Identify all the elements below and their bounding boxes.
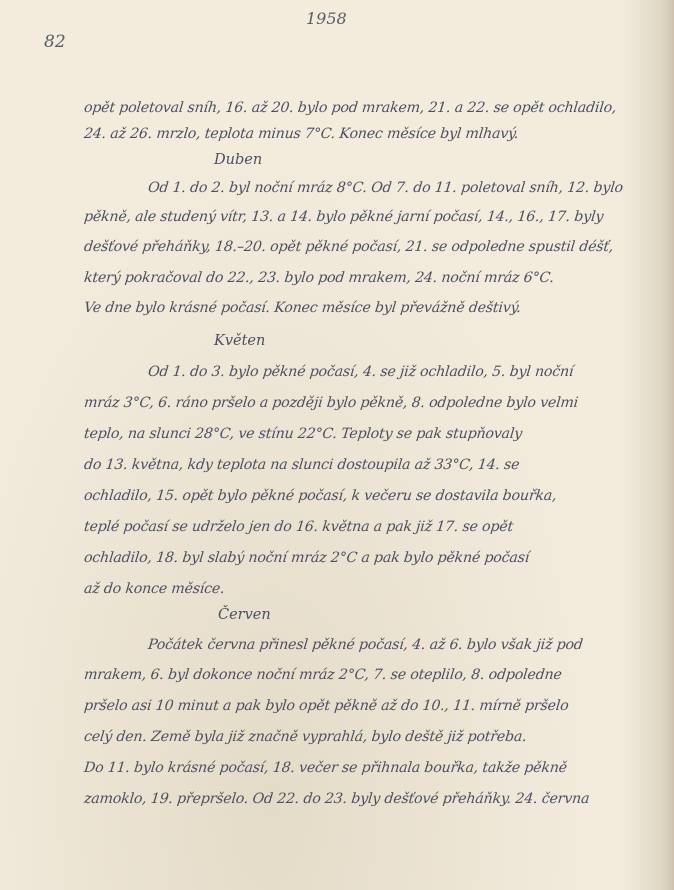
text-line: opět poletoval sníh, 16. až 20. bylo pod… (83, 100, 617, 116)
text-line: Počátek června přinesl pěkné počasí, 4. … (147, 637, 583, 653)
text-line: dešťové přeháňky, 18.–20. opět pěkné poč… (83, 239, 614, 255)
text-line: teplo, na slunci 28°C, ve stínu 22°C. Te… (83, 426, 523, 442)
text-line: do 13. května, kdy teplota na slunci dos… (83, 457, 520, 473)
text-line: 24. až 26. mrzlo, teplota minus 7°C. Kon… (83, 126, 519, 142)
section-heading-cerven: Červen (218, 607, 271, 623)
text-line: Od 1. do 3. bylo pěkné počasí, 4. se již… (147, 364, 574, 380)
text-line: ochladilo, 15. opět bylo pěkné počasí, k… (83, 488, 557, 504)
text-line: mráz 3°C, 6. ráno pršelo a později bylo … (83, 395, 579, 411)
section-heading-kveten: Květen (214, 333, 265, 349)
text-line: teplé počasí se udrželo jen do 16. květn… (83, 519, 514, 535)
text-line: který pokračoval do 22., 23. bylo pod mr… (83, 270, 555, 286)
text-line: až do konce měsíce. (83, 581, 225, 597)
text-line: mrakem, 6. byl dokonce noční mráz 2°C, 7… (83, 667, 562, 683)
text-line: Od 1. do 2. byl noční mráz 8°C. Od 7. do… (147, 180, 624, 196)
text-line: ochladilo, 18. byl slabý noční mráz 2°C … (83, 550, 530, 566)
text-line: zamoklo, 19. přepršelo. Od 22. do 23. by… (83, 791, 590, 807)
text-line: pršelo asi 10 minut a pak bylo opět pěkn… (83, 698, 569, 714)
page-number: 82 (44, 32, 66, 52)
year-header: 1958 (306, 9, 347, 28)
text-line: Do 11. bylo krásné počasí, 18. večer se … (83, 760, 568, 776)
chronicle-page: 82 1958 opět poletoval sníh, 16. až 20. … (0, 0, 674, 890)
text-line: celý den. Země byla již značně vyprahlá,… (83, 729, 527, 745)
section-heading-duben: Duben (214, 152, 262, 168)
text-line: Ve dne bylo krásné počasí. Konec měsíce … (83, 300, 521, 316)
text-line: pěkně, ale studený vítr, 13. a 14. bylo … (83, 209, 604, 225)
